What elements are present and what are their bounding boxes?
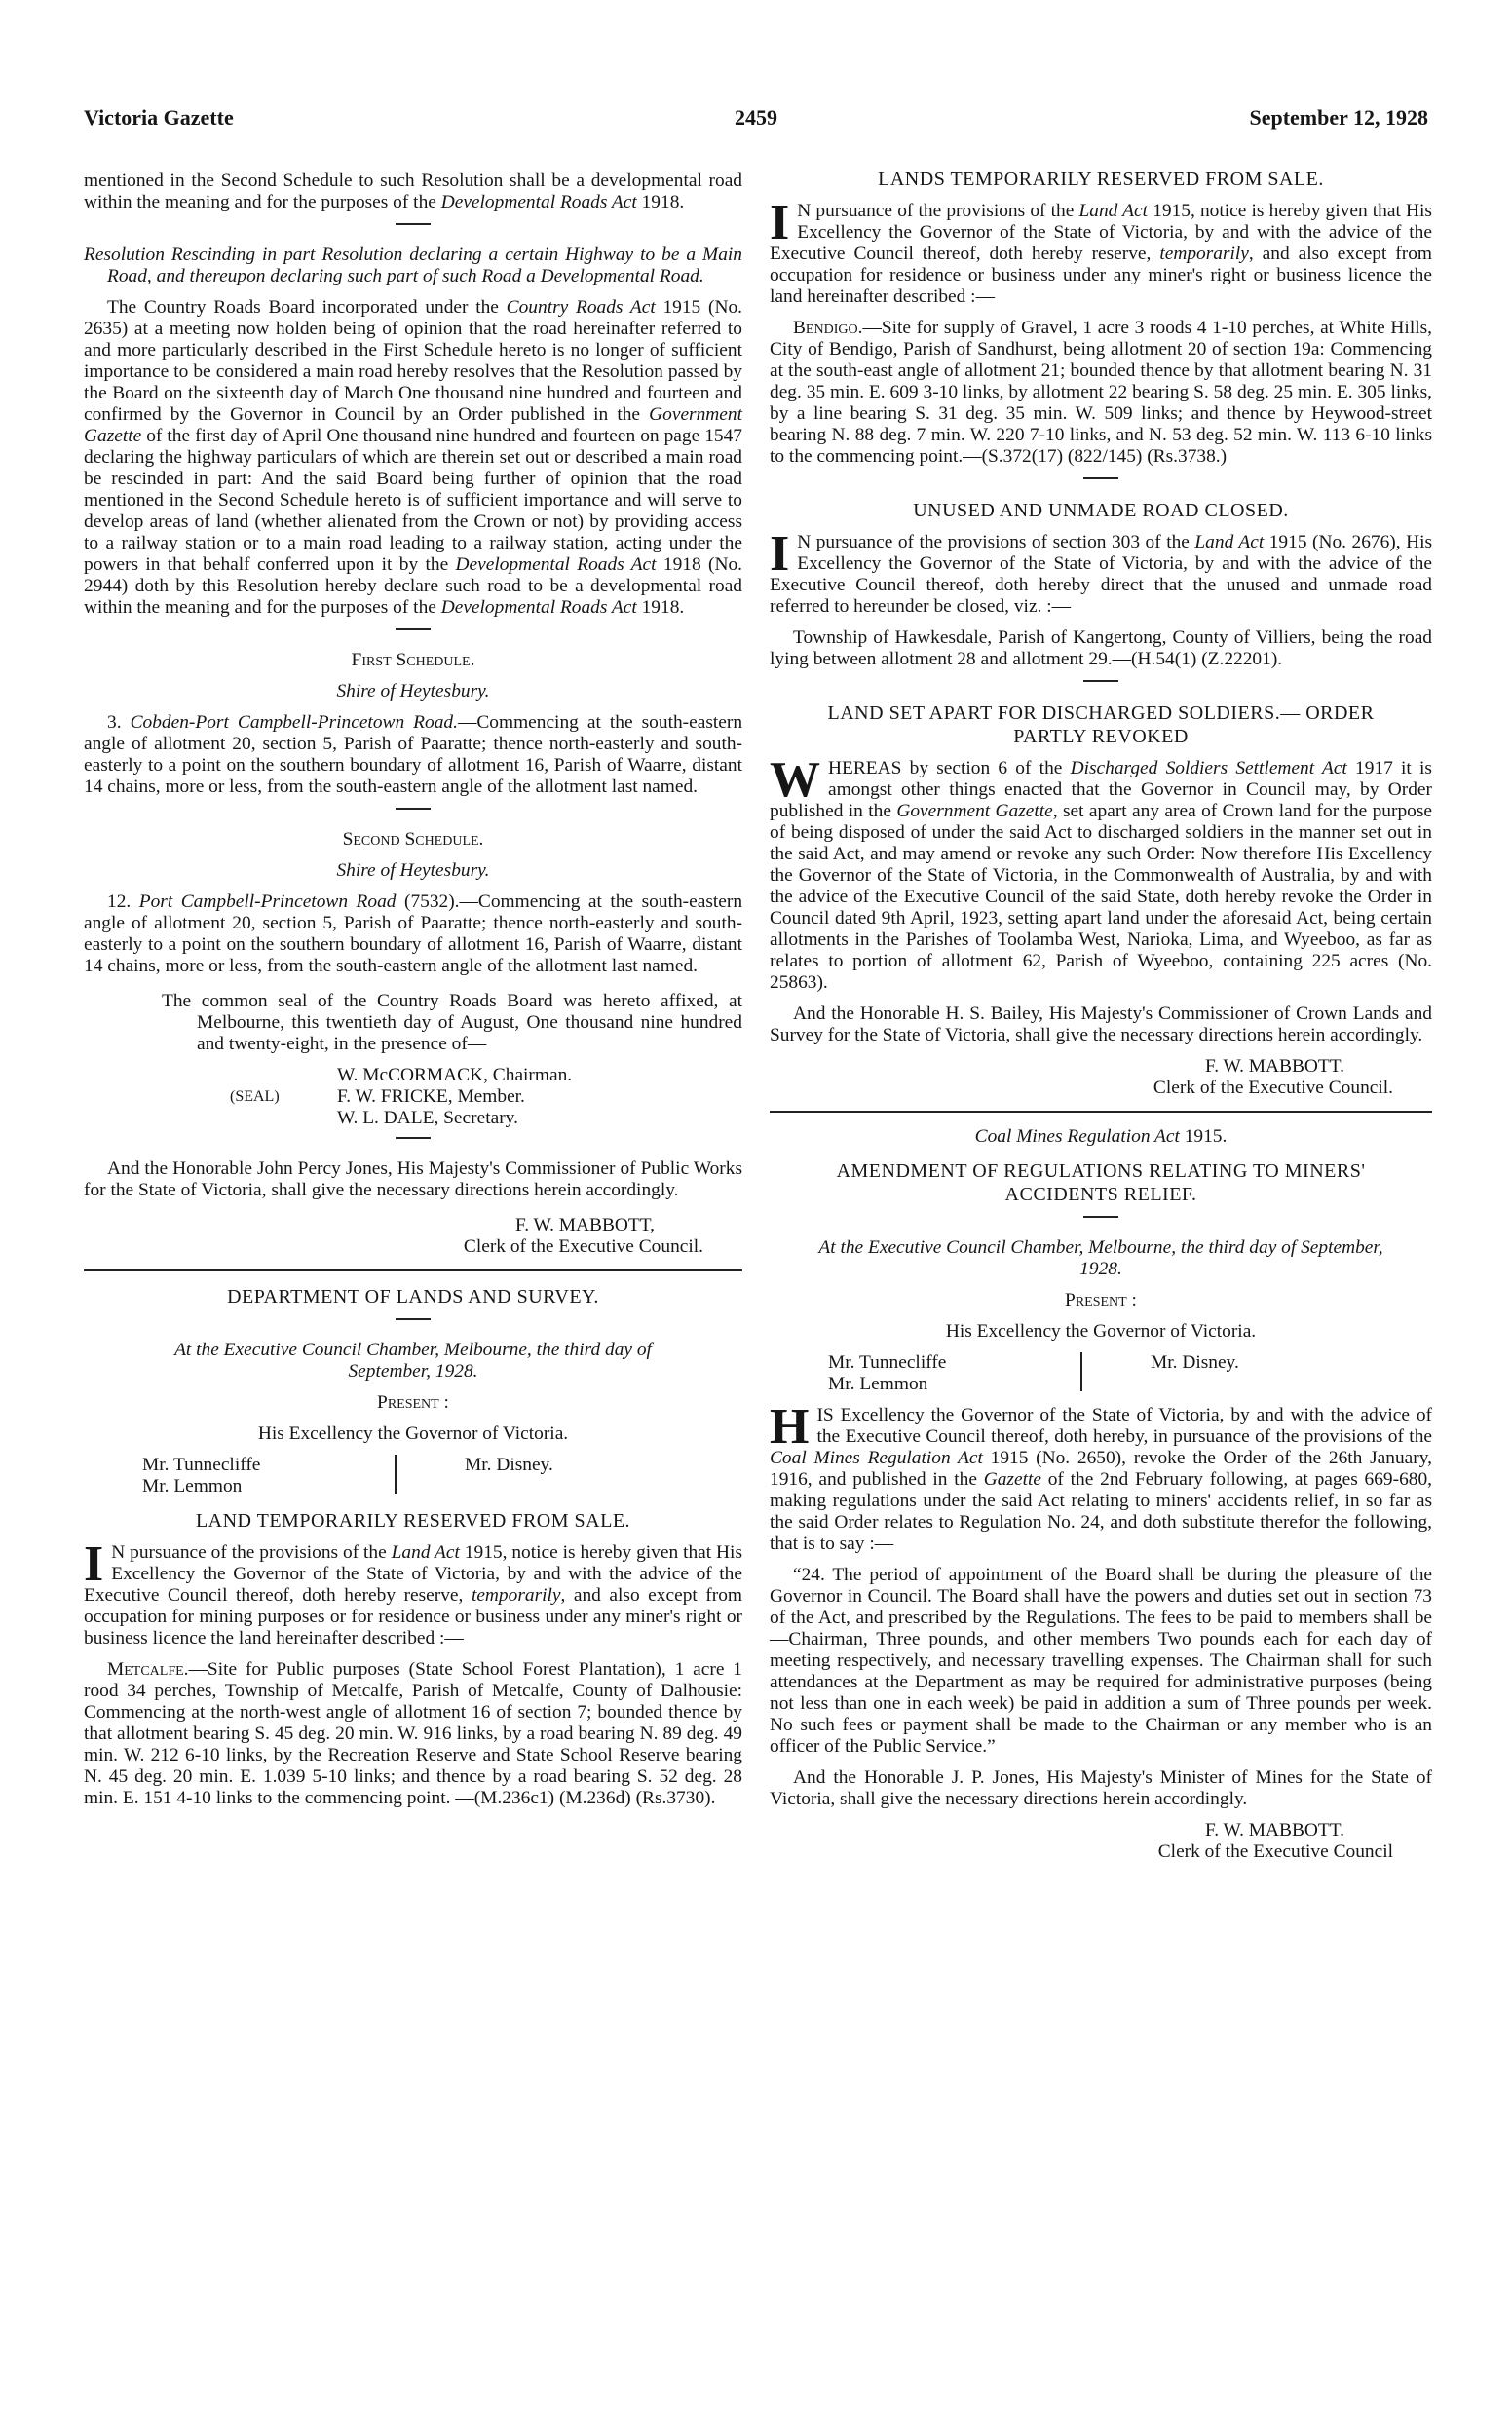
first-schedule-shire: Shire of Heytesbury. xyxy=(84,681,742,702)
hawkesdale-entry: Township of Hawkesdale, Parish of Kanger… xyxy=(770,627,1432,670)
metcalfe-entry: Metcalfe.—Site for Public purposes (Stat… xyxy=(84,1659,742,1809)
divider xyxy=(396,223,431,225)
signatories-list: W. McCORMACK, Chairman. F. W. FRICKE, Me… xyxy=(337,1065,742,1129)
signature-name: F. W. MABBOTT, xyxy=(84,1215,742,1236)
divider xyxy=(1083,477,1118,479)
resolution-title: Resolution Rescinding in part Resolution… xyxy=(84,245,742,287)
drop-cap: H xyxy=(770,1407,809,1448)
divider xyxy=(1083,1216,1118,1218)
land-body: IN pursuance of the provisions of the La… xyxy=(84,1542,742,1649)
unused-heading: UNUSED AND UNMADE ROAD CLOSED. xyxy=(770,499,1432,522)
soldiers-body: WHEREAS by section 6 of the Discharged S… xyxy=(770,758,1432,994)
issue-date: September 12, 1928 xyxy=(1249,105,1428,131)
chamber-line: At the Executive Council Chamber, Melbou… xyxy=(84,1340,742,1383)
page-header: Victoria Gazette 2459 September 12, 1928 xyxy=(84,105,1428,144)
lands-heading: LANDS TEMPORARILY RESERVED FROM SALE. xyxy=(770,168,1432,191)
bendigo-entry: Bendigo.—Site for supply of Gravel, 1 ac… xyxy=(770,318,1432,468)
divider xyxy=(396,628,431,630)
divider xyxy=(1083,680,1118,682)
section-rule xyxy=(84,1269,742,1271)
drop-cap: I xyxy=(84,1544,103,1585)
divider xyxy=(396,808,431,810)
drop-cap: I xyxy=(770,534,789,575)
final-signature-name: F. W. MABBOTT. xyxy=(770,1820,1432,1841)
signature-name: F. W. MABBOTT. xyxy=(770,1056,1432,1078)
second-schedule-shire: Shire of Heytesbury. xyxy=(84,860,742,882)
present-left: Mr. Tunnecliffe Mr. Lemmon xyxy=(142,1455,395,1497)
present-members: Mr. Tunnecliffe Mr. Lemmon Mr. Disney. xyxy=(828,1352,1335,1395)
signatory: F. W. FRICKE, Member. xyxy=(337,1086,742,1108)
divider xyxy=(396,1137,431,1139)
left-column: mentioned in the Second Schedule to such… xyxy=(84,171,742,1819)
signatories-block: (SEAL) W. McCORMACK, Chairman. F. W. FRI… xyxy=(84,1065,742,1129)
second-schedule-title: Second Schedule. xyxy=(84,829,742,851)
second-schedule-entry: 12. Port Campbell-Princetown Road (7532)… xyxy=(84,891,742,977)
right-column: LANDS TEMPORARILY RESERVED FROM SALE. IN… xyxy=(770,168,1432,1867)
seal-label: (SEAL) xyxy=(84,1086,337,1108)
lands-body: IN pursuance of the provisions of the La… xyxy=(770,201,1432,308)
present-left: Mr. Tunnecliffe Mr. Lemmon xyxy=(828,1352,1080,1395)
signature-title: Clerk of the Executive Council. xyxy=(84,1236,742,1258)
present-label: Present : xyxy=(84,1392,742,1414)
divider xyxy=(396,1318,431,1320)
amend-heading: AMENDMENT OF REGULATIONS RELATING TO MIN… xyxy=(770,1159,1432,1206)
chamber-line: At the Executive Council Chamber, Melbou… xyxy=(770,1237,1432,1280)
dept-heading: DEPARTMENT OF LANDS AND SURVEY. xyxy=(84,1285,742,1308)
unused-body: IN pursuance of the provisions of sectio… xyxy=(770,532,1432,618)
his-excellency-body: HIS Excellency the Governor of the State… xyxy=(770,1405,1432,1555)
present-right: Mr. Disney. xyxy=(397,1455,649,1497)
signature-title: Clerk of the Executive Council. xyxy=(770,1078,1432,1099)
present-label: Present : xyxy=(770,1290,1432,1311)
coal-act-title: Coal Mines Regulation Act 1915. xyxy=(770,1126,1432,1148)
continuation-paragraph: mentioned in the Second Schedule to such… xyxy=(84,171,742,213)
jones-direction: And the Honorable John Percy Jones, His … xyxy=(84,1158,742,1201)
final-signature-title: Clerk of the Executive Council xyxy=(770,1841,1432,1863)
drop-cap: I xyxy=(770,203,789,244)
present-members: Mr. Tunnecliffe Mr. Lemmon Mr. Disney. xyxy=(142,1455,649,1497)
bailey-direction: And the Honorable H. S. Bailey, His Maje… xyxy=(770,1004,1432,1046)
section-rule xyxy=(770,1111,1432,1113)
regulation-24: “24. The period of appointment of the Bo… xyxy=(770,1565,1432,1758)
governor-line: His Excellency the Governor of Victoria. xyxy=(770,1321,1432,1343)
page-number: 2459 xyxy=(84,105,1428,131)
soldiers-heading: LAND SET APART FOR DISCHARGED SOLDIERS.—… xyxy=(770,701,1432,748)
resolution-body: The Country Roads Board incorporated und… xyxy=(84,297,742,619)
first-schedule-title: First Schedule. xyxy=(84,650,742,671)
governor-line: His Excellency the Governor of Victoria. xyxy=(84,1423,742,1445)
first-schedule-entry: 3. Cobden-Port Campbell-Princetown Road.… xyxy=(84,712,742,798)
signatory: W. McCORMACK, Chairman. xyxy=(337,1065,742,1086)
seal-statement: The common seal of the Country Roads Boa… xyxy=(119,991,742,1055)
drop-cap: W xyxy=(770,760,820,801)
signatory: W. L. DALE, Secretary. xyxy=(337,1108,742,1129)
jones-direction: And the Honorable J. P. Jones, His Majes… xyxy=(770,1767,1432,1810)
land-heading: LAND TEMPORARILY RESERVED FROM SALE. xyxy=(84,1509,742,1533)
present-right: Mr. Disney. xyxy=(1082,1352,1335,1395)
